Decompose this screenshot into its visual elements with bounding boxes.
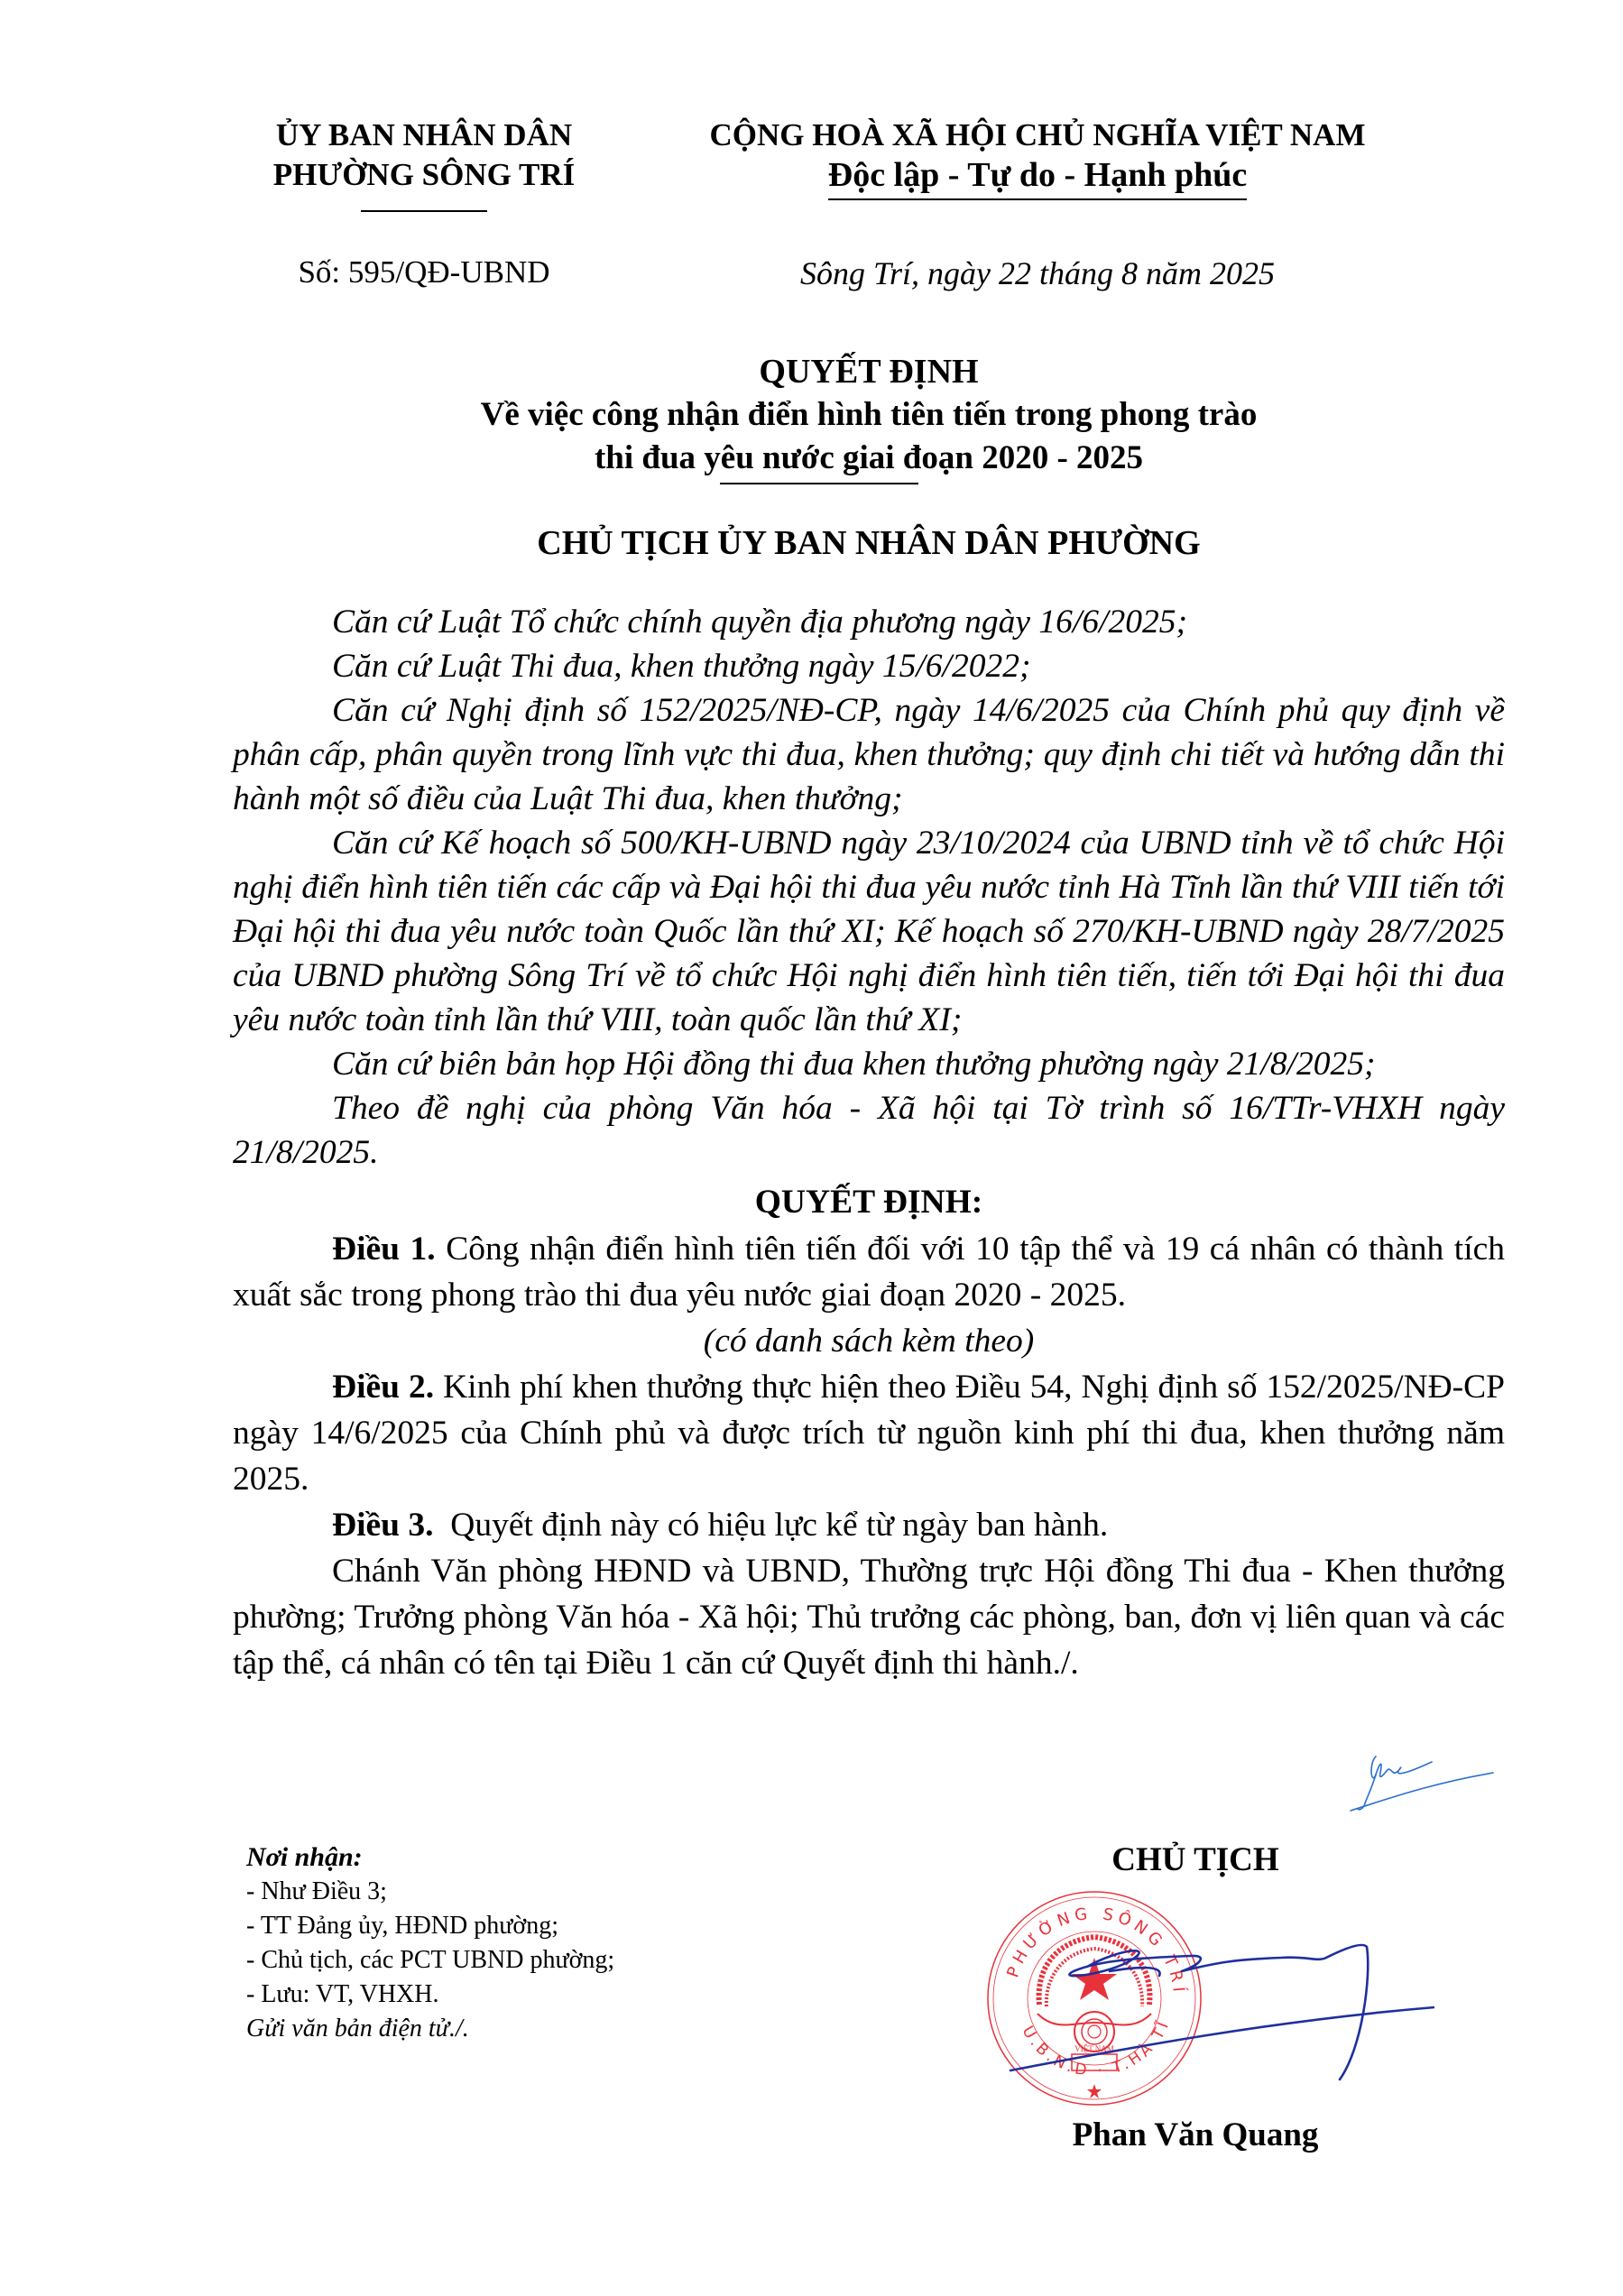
recipient-item: - Như Điều 3; — [246, 1875, 614, 1909]
issuing-authority: ỦY BAN NHÂN DÂN PHƯỜNG SÔNG TRÍ — [233, 115, 615, 195]
article-label: Điều 2. — [332, 1369, 434, 1406]
subject-line-1: Về việc công nhận điển hình tiên tiến tr… — [233, 393, 1505, 437]
recipient-item: - TT Đảng ủy, HĐND phường; — [246, 1909, 614, 1943]
article-3: Điều 3. Quyết định này có hiệu lực kể từ… — [233, 1502, 1505, 1548]
preamble-item: Căn cứ Luật Thi đua, khen thưởng ngày 15… — [233, 644, 1505, 688]
subject-line-2: thi đua yêu nước giai đoạn 2020 - 2025 — [233, 437, 1505, 480]
issuing-authority-title: CHỦ TỊCH ỦY BAN NHÂN DÂN PHƯỜNG — [233, 523, 1505, 563]
document-body: Căn cứ Luật Tổ chức chính quyền địa phươ… — [233, 600, 1505, 1686]
preamble-item: Căn cứ Kế hoạch số 500/KH-UBND ngày 23/1… — [233, 821, 1505, 1042]
recipients-footer: Gửi văn bản điện tử./. — [246, 2012, 614, 2046]
place-and-date: Sông Trí, ngày 22 tháng 8 năm 2025 — [632, 254, 1443, 292]
preamble-item: Theo đề nghị của phòng Văn hóa - Xã hội … — [233, 1086, 1505, 1175]
initial-signature-icon — [1349, 1746, 1529, 1818]
preamble-item: Căn cứ Nghị định số 152/2025/NĐ-CP, ngày… — [233, 688, 1505, 821]
signer-title: CHỦ TỊCH — [947, 1840, 1443, 1879]
document-title: QUYẾT ĐỊNH Về việc công nhận điển hình t… — [233, 350, 1505, 480]
document-number: Số: 595/QĐ-UBND — [233, 254, 615, 290]
recipient-item: - Chủ tịch, các PCT UBND phường; — [246, 1943, 614, 1978]
article-label: Điều 1. — [332, 1231, 436, 1268]
article-label: Điều 3. — [332, 1507, 434, 1544]
national-name: CỘNG HOÀ XÃ HỘI CHỦ NGHĨA VIỆT NAM — [632, 115, 1443, 155]
article-1: Điều 1. Công nhận điển hình tiên tiến đố… — [233, 1226, 1505, 1318]
preamble-item: Căn cứ biên bản họp Hội đồng thi đua khe… — [233, 1042, 1505, 1086]
preamble-item: Căn cứ Luật Tổ chức chính quyền địa phươ… — [233, 600, 1505, 644]
authority-line-2: PHƯỜNG SÔNG TRÍ — [233, 155, 615, 195]
article-text: Quyết định này có hiệu lực kể từ ngày ba… — [450, 1507, 1108, 1544]
national-title: CỘNG HOÀ XÃ HỘI CHỦ NGHĨA VIỆT NAM Độc l… — [632, 115, 1443, 200]
authority-line-1: ỦY BAN NHÂN DÂN — [233, 115, 615, 155]
handwritten-signature-icon — [1001, 1922, 1434, 2102]
recipients-heading: Nơi nhận: — [246, 1840, 614, 1875]
article-note: (có danh sách kèm theo) — [233, 1318, 1505, 1364]
title-divider — [720, 483, 918, 484]
signer-name: Phan Văn Quang — [947, 2116, 1443, 2154]
decision-heading: QUYẾT ĐỊNH: — [233, 1180, 1505, 1224]
article-2: Điều 2. Kinh phí khen thưởng thực hiện t… — [233, 1364, 1505, 1502]
recipient-item: - Lưu: VT, VHXH. — [246, 1978, 614, 2012]
national-motto: Độc lập - Tự do - Hạnh phúc — [828, 155, 1248, 200]
execution-clause: Chánh Văn phòng HĐND và UBND, Thường trự… — [233, 1548, 1505, 1686]
authority-divider — [361, 210, 487, 212]
document-type: QUYẾT ĐỊNH — [233, 350, 1505, 393]
recipients-block: Nơi nhận: - Như Điều 3; - TT Đảng ủy, HĐ… — [246, 1840, 614, 2046]
